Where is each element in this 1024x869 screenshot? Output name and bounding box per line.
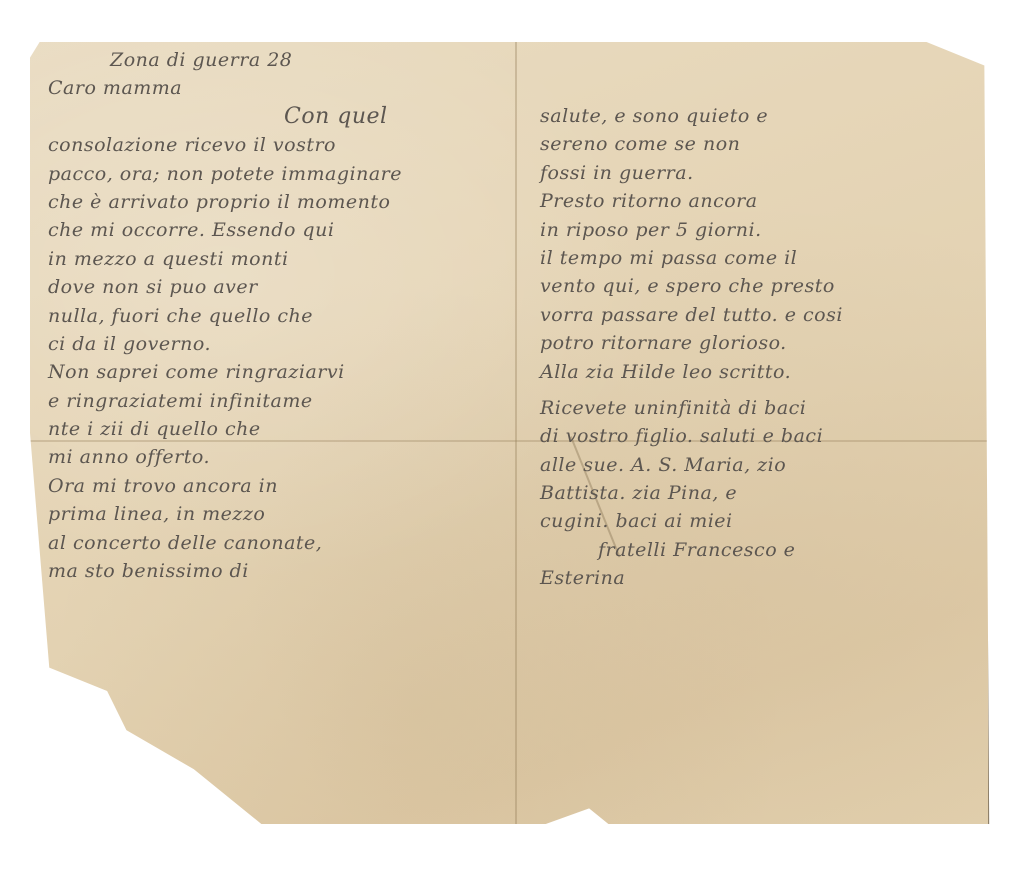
letter-line: nte i zii di quello che — [48, 415, 498, 443]
letter-line: fossi in guerra. — [540, 159, 960, 187]
letter-line: cugini. baci ai miei — [540, 507, 960, 535]
signature-line: Esterina — [540, 564, 960, 592]
letter-line: sereno come se non — [540, 130, 960, 158]
letter-line: che è arrivato proprio il momento — [48, 188, 498, 216]
right-page-text: salute, e sono quieto e sereno come se n… — [540, 102, 960, 593]
letter-line: Battista. zia Pina, e — [540, 479, 960, 507]
letter-line: vorra passare del tutto. e cosi — [540, 301, 960, 329]
letter-line: che mi occorre. Essendo qui — [48, 216, 498, 244]
letter-line: al concerto delle canonate, — [48, 529, 498, 557]
letter-line: vento qui, e spero che presto — [540, 272, 960, 300]
letter-line: Alla zia Hilde leo scritto. — [540, 358, 960, 386]
salutation: Caro mamma — [48, 74, 498, 102]
letter-line: il tempo mi passa come il — [540, 244, 960, 272]
letter-line: alle sue. A. S. Maria, zio — [540, 451, 960, 479]
letter-line: potro ritornare glorioso. — [540, 329, 960, 357]
letter-line: mi anno offerto. — [48, 443, 498, 471]
letter-line: ma sto benissimo di — [48, 557, 498, 585]
letter-line: dove non si puo aver — [48, 273, 498, 301]
left-page-text: Zona di guerra 28 Caro mamma Con quel co… — [48, 46, 498, 585]
letter-line: prima linea, in mezzo — [48, 500, 498, 528]
letter-line: consolazione ricevo il vostro — [48, 131, 498, 159]
letter-line: Non saprei come ringraziarvi — [48, 358, 498, 386]
dateline: Zona di guerra 28 — [48, 46, 498, 74]
vertical-fold-crease — [515, 42, 517, 824]
letter-line: Ricevete uninfinità di baci — [540, 394, 960, 422]
letter-line: in mezzo a questi monti — [48, 245, 498, 273]
letter-line: salute, e sono quieto e — [540, 102, 960, 130]
paper-right-edge — [988, 62, 990, 832]
letter-line: di vostro figlio. saluti e baci — [540, 422, 960, 450]
letter-line: Ora mi trovo ancora in — [48, 472, 498, 500]
letter-line: Presto ritorno ancora — [540, 187, 960, 215]
letter-line: fratelli Francesco e — [540, 536, 960, 564]
letter-line: in riposo per 5 giorni. — [540, 216, 960, 244]
letter-line: pacco, ora; non potete immaginare — [48, 160, 498, 188]
letter-line: Con quel — [48, 103, 498, 131]
letter-line: ci da il governo. — [48, 330, 498, 358]
letter-line: nulla, fuori che quello che — [48, 302, 498, 330]
letter-line: e ringraziatemi infinitame — [48, 387, 498, 415]
